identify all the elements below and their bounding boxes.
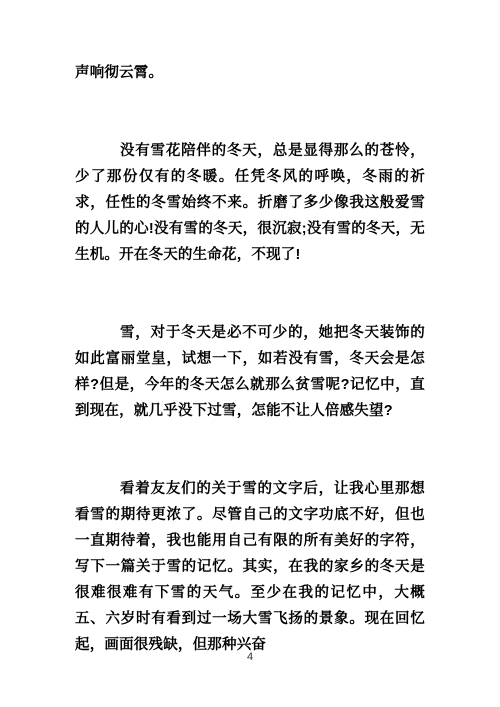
paragraph-snow-memory: 看着友友们的关于雪的文字后，让我心里那想看雪的期待更浓了。尽管自己的文字功底不好… [75,476,425,658]
paragraph-continuation: 声响彻云霄。 [75,60,425,86]
document-page: 声响彻云霄。 没有雪花陪伴的冬天，总是显得那么的苍怜，少了那份仅有的冬暖。任凭冬… [0,0,500,707]
page-number: 4 [0,650,500,664]
paragraph-snow-essential: 雪，对于冬天是必不可少的，她把冬天装饰的如此富丽堂皇，试想一下，如若没有雪，冬天… [75,320,425,424]
paragraph-no-snow-winter: 没有雪花陪伴的冬天，总是显得那么的苍怜，少了那份仅有的冬暖。任凭冬风的呼唤，冬雨… [75,138,425,268]
